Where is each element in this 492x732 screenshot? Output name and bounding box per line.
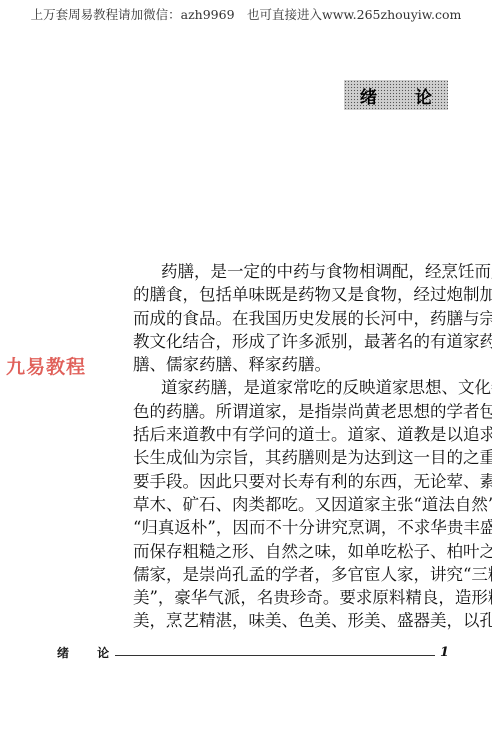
side-watermark: 九易教程 <box>6 352 86 379</box>
paragraph-line: 而保存粗糙之形、自然之味，如单吃松子、柏叶之类。 <box>133 540 459 563</box>
paragraph-line: 要手段。因此只要对长寿有利的东西，无论荤、素、 <box>133 470 459 493</box>
chapter-heading: 绪 论 <box>344 80 448 110</box>
paragraph-line: 而成的食品。在我国历史发展的长河中，药膳与宗 <box>133 307 459 330</box>
paragraph-line: 教文化结合，形成了许多派别，最著名的有道家药 <box>133 330 459 353</box>
body-text: 药膳，是一定的中药与食物相调配，经烹饪而成 的膳食，包括单味既是药物又是食物，经… <box>133 260 459 633</box>
paragraph-line: “归真返朴”，因而不十分讲究烹调，不求华贵丰盛， <box>133 516 459 539</box>
paragraph-line: 美，烹艺精湛，味美、色美、形美、盛器美，以孔府药膳 <box>133 609 459 632</box>
paragraph-line: 道家药膳，是道家常吃的反映道家思想、文化特 <box>133 376 459 399</box>
watermark-banner: 上万套周易教程请加微信：azh9969 也可直接进入www.265zhouyiw… <box>0 5 492 23</box>
footer-divider <box>115 655 435 656</box>
paragraph-line: 草木、矿石、肉类都吃。又因道家主张“道法自然”， <box>133 493 459 516</box>
paragraph-line: 儒家，是崇尚孔孟的学者，多官宦人家，讲究“三精四 <box>133 563 459 586</box>
paragraph-line: 的膳食，包括单味既是药物又是食物，经过炮制加工 <box>133 283 459 306</box>
chapter-heading-char-1: 绪 <box>360 83 377 108</box>
paragraph-line: 色的药膳。所谓道家，是指崇尚黄老思想的学者包 <box>133 400 459 423</box>
paragraph-line: 药膳，是一定的中药与食物相调配，经烹饪而成 <box>133 260 459 283</box>
paragraph-line: 长生成仙为宗旨，其药膳则是为达到这一目的之重 <box>133 446 459 469</box>
chapter-heading-char-2: 论 <box>415 83 432 108</box>
page-number: 1 <box>440 645 449 660</box>
footer-chapter-label: 绪 论 <box>57 644 109 661</box>
paragraph-line: 括后来道教中有学问的道士。道家、道教是以追求 <box>133 423 459 446</box>
paragraph-line: 美”，豪华气派，名贵珍奇。要求原料精良，造形精 <box>133 586 459 609</box>
paragraph-line: 膳、儒家药膳、释家药膳。 <box>133 353 459 376</box>
page-footer: 绪 论 1 <box>0 644 492 664</box>
